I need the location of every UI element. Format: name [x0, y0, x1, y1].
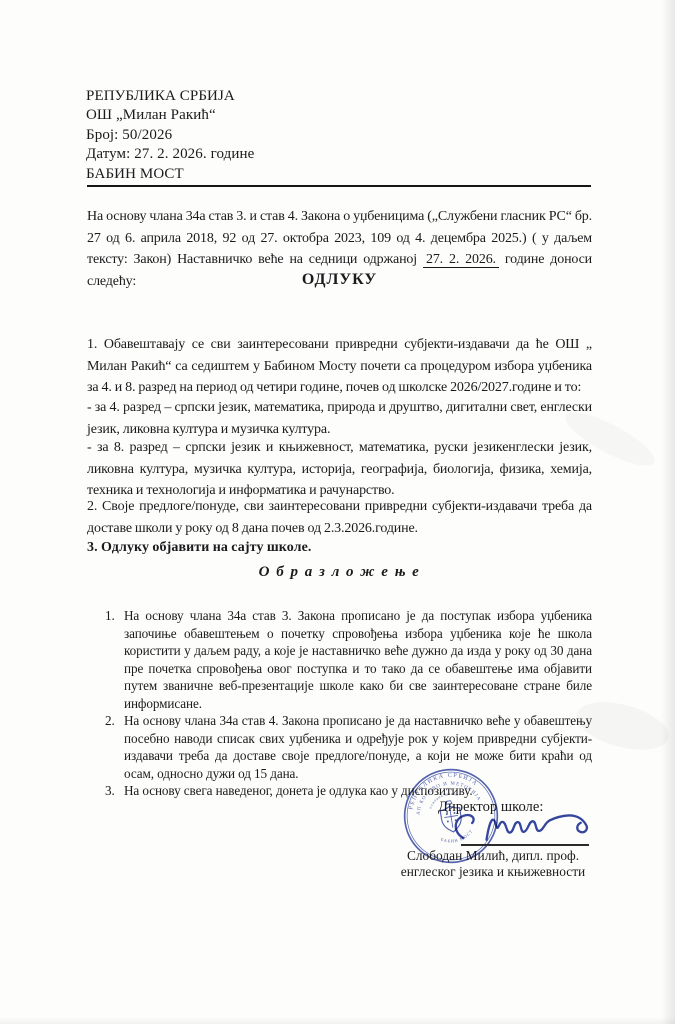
school-name-line: ОШ „Милан Ракић“: [86, 106, 254, 125]
publish-paragraph: 3. Одлуку објавити на сајту школе.: [87, 537, 592, 559]
session-date-underline: 27. 2. 2026.: [423, 252, 499, 268]
notice-paragraph: 1. Обавештавају се сви заинтересовани пр…: [87, 334, 592, 399]
explanation-item-2: 2.На основу члана 34а став 4. Закона про…: [105, 712, 592, 782]
director-name: Слободан Милић, дипл. проф.: [386, 848, 600, 864]
number-line: Број: 50/2026: [86, 126, 254, 145]
header-divider: [87, 185, 591, 187]
decision-title: ОДЛУКУ: [87, 271, 592, 289]
director-title-line: енглеског језика и књижевности: [386, 864, 600, 880]
grade4-subjects-paragraph: - за 4. разред – српски језик, математик…: [87, 397, 592, 440]
director-signature-block: Слободан Милић, дипл. проф. енглеског је…: [386, 848, 600, 881]
date-line: Датум: 27. 2. 2026. године: [86, 145, 254, 164]
item-number: 3.: [105, 782, 115, 800]
grade8-subjects-paragraph: - за 8. разред – српски језик и књижевно…: [87, 437, 592, 502]
republic-line: РЕПУБЛИКА СРБИЈА: [86, 87, 254, 106]
signature-line: [461, 844, 589, 846]
explanation-title: О б р а з л о ж е њ е: [87, 564, 592, 581]
item-number: 1.: [105, 607, 115, 625]
explanation-list: 1.На основу члана 34а став 3. Закона про…: [105, 607, 592, 800]
scan-shadow-bottom: [0, 1017, 675, 1024]
item-number: 2.: [105, 712, 115, 730]
deadline-paragraph: 2. Своје предлоге/понуде, сви заинтересо…: [87, 496, 592, 539]
letterhead: РЕПУБЛИКА СРБИЈА ОШ „Милан Ракић“ Број: …: [86, 87, 254, 184]
item-text: На основу члана 34а став 4. Закона пропи…: [124, 713, 592, 781]
scan-shadow-right: [661, 0, 675, 1024]
explanation-item-1: 1.На основу члана 34а став 3. Закона про…: [105, 607, 592, 712]
explanation-item-3: 3.На основу свега наведеног, донета је о…: [105, 782, 592, 800]
place-line: БАБИН МОСТ: [86, 165, 254, 184]
item-text: На основу члана 34а став 3. Закона пропи…: [124, 608, 592, 711]
